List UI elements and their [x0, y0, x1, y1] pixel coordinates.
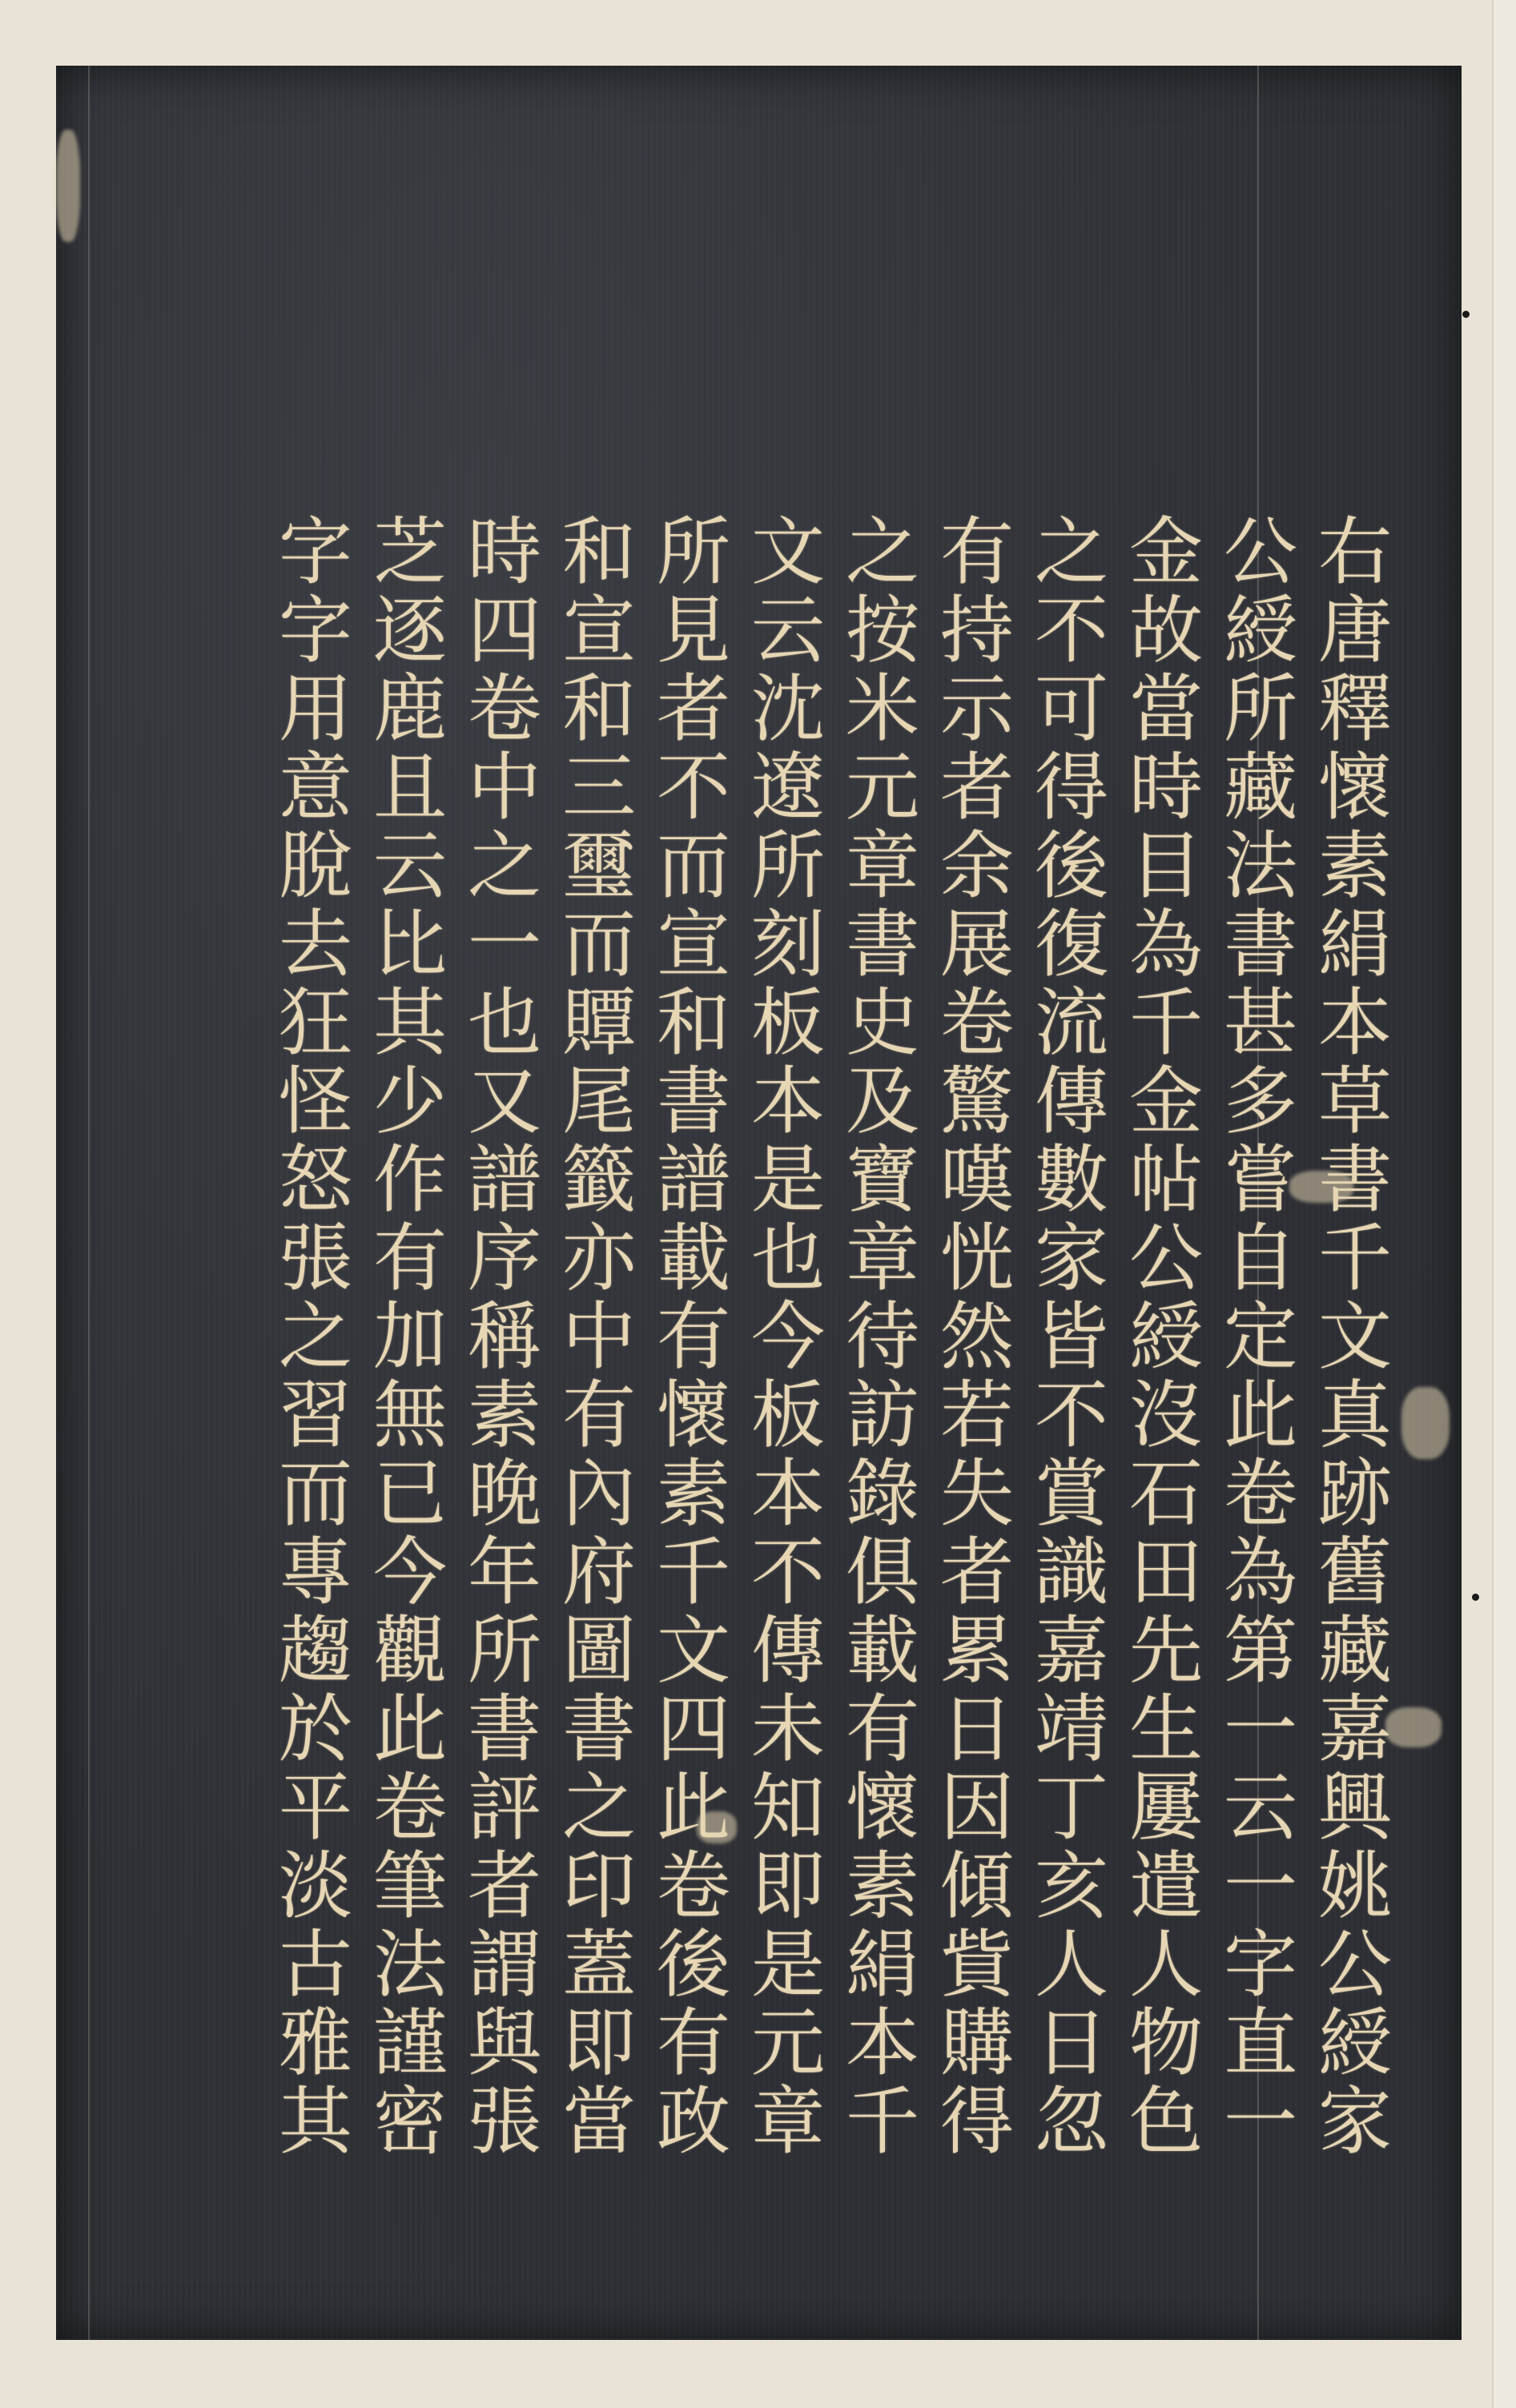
- paper-seam: [88, 66, 90, 2340]
- inscription-column: 時四卷中之一也又譜序稱素晚年所書評者謂與張: [451, 513, 545, 2161]
- mount-dot-mark: [1462, 311, 1470, 318]
- inscription-column: 金故當時目為千金帖公綬沒石田先生屢遣人物色: [1112, 513, 1207, 2161]
- inscription-column: 公綬所藏法書甚多嘗自定此卷為第一云一字直一: [1207, 513, 1301, 2161]
- mount-dot-mark: [1472, 1594, 1479, 1601]
- inscription-column: 所見者不而宣和書譜載有懷素千文四此卷後有政: [640, 513, 734, 2161]
- paper-damage: [1401, 1387, 1450, 1459]
- inscription-column: 和宣和三璽而贉尾籤亦中有內府圖書之印蓋即當: [545, 513, 640, 2161]
- mount-edge: [1492, 0, 1516, 2408]
- inscription-column: 文云沈遼所刻板本是也今板本不傳未知即是元章: [734, 513, 829, 2161]
- inscription-column: 右唐釋懷素絹本草書千文真跡舊藏嘉興姚公綬家: [1301, 513, 1396, 2161]
- inscription-column: 有持示者余展卷驚嘆恍然若失者累日因傾貲購得: [923, 513, 1018, 2161]
- inscription-column: 之按米元章書史及寶章待訪錄俱載有懷素絹本千: [829, 513, 923, 2161]
- inscription-text: 右唐釋懷素絹本草書千文真跡舊藏嘉興姚公綬家 公綬所藏法書甚多嘗自定此卷為第一云一…: [262, 513, 1396, 2161]
- paper-damage: [56, 130, 80, 242]
- inscription-column: 字字用意脫去狂怪怒張之習而專趨於平淡古雅其: [262, 513, 356, 2161]
- inscription-column: 之不可得後復流傳數家皆不賞識嘉靖丁亥人日忽: [1018, 513, 1112, 2161]
- inscription-column: 芝逐鹿且云比其少作有加無已今觀此卷筆法謹密: [356, 513, 451, 2161]
